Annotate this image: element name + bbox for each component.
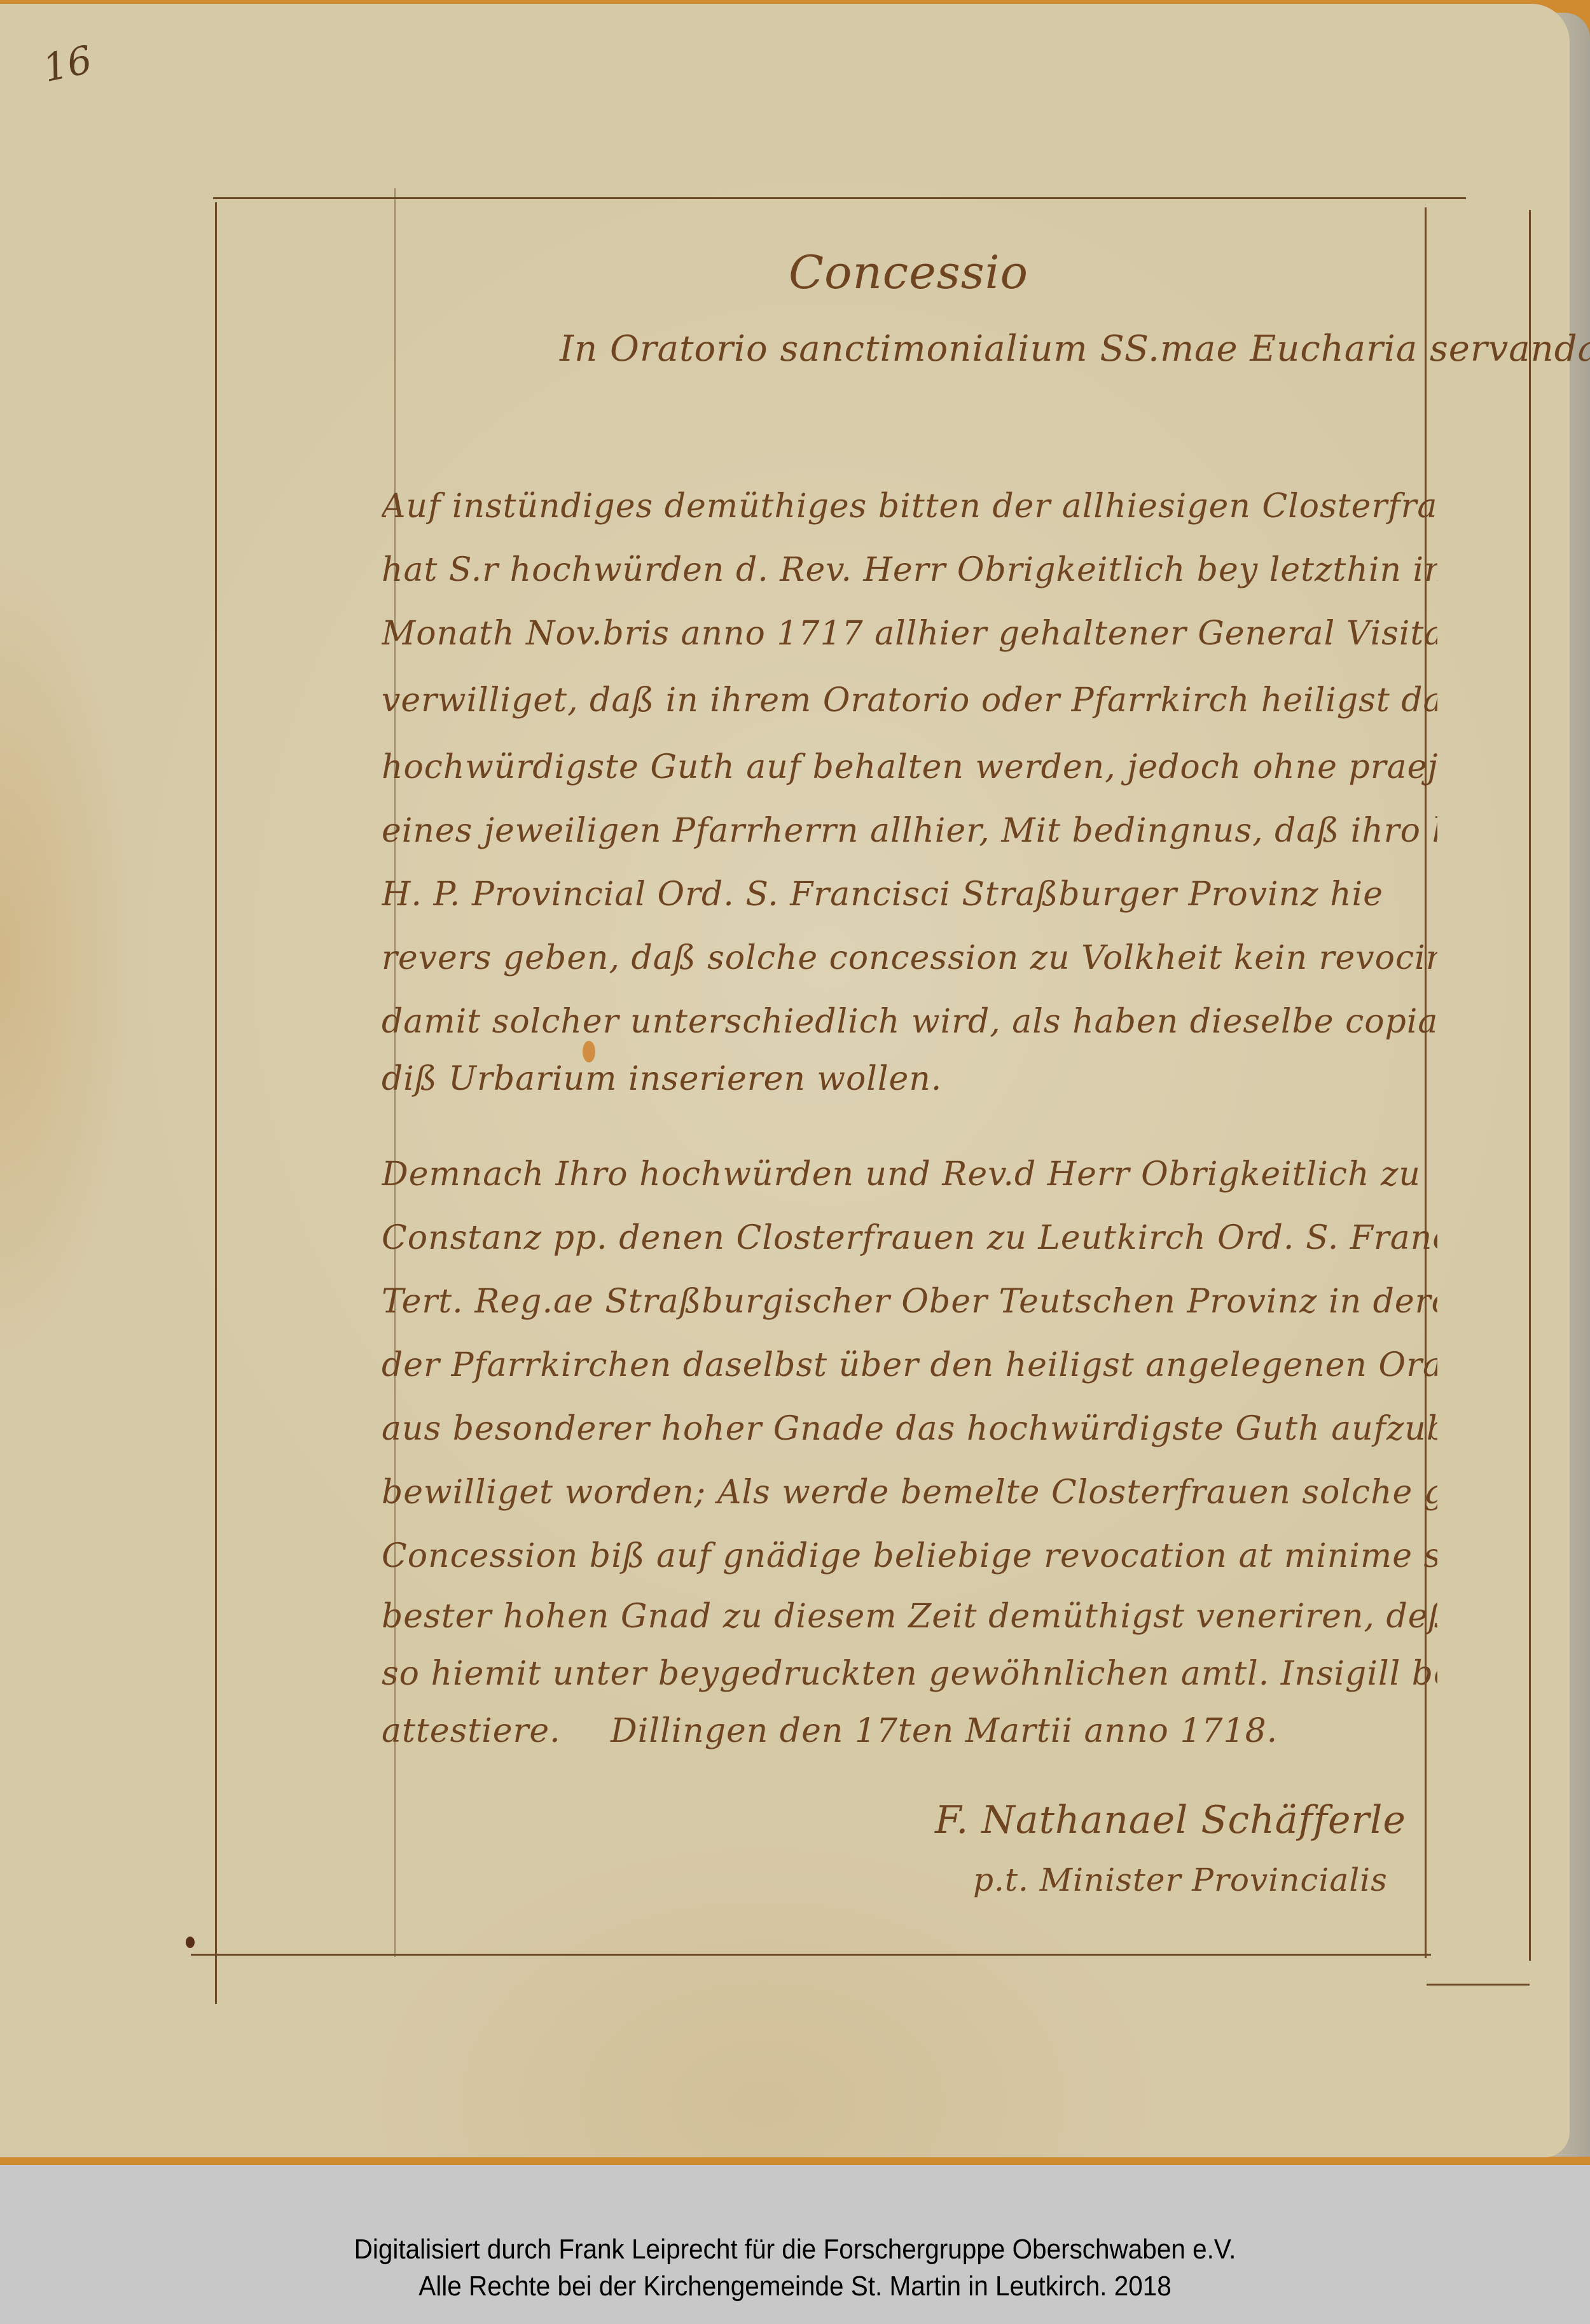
text-line: revers geben, daß solche concession zu V… — [382, 939, 1437, 977]
scanned-page-image: 16 Concessio In Oratorio sanctimonialium… — [0, 0, 1590, 2165]
manuscript-page: 16 Concessio In Oratorio sanctimonialium… — [0, 4, 1570, 2157]
text-line: eines jeweiligen Pfarrherrn allhier, Mit… — [382, 812, 1437, 850]
text-line: Demnach Ihro hochwürden und Rev.d Herr O… — [382, 1155, 1437, 1193]
text-line: so hiemit unter beygedruckten gewöhnlich… — [382, 1655, 1437, 1693]
frame-right-outer-rule — [1529, 210, 1531, 1961]
document-heading: Concessio — [789, 246, 1028, 299]
ink-blot — [186, 1937, 195, 1948]
text-line: H. P. Provincial Ord. S. Francisci Straß… — [382, 875, 1437, 914]
signature-title: p.t. Minister Provincialis — [973, 1861, 1388, 1898]
frame-bottom-right-rule — [1427, 1984, 1530, 1986]
frame-left-outer-rule — [215, 202, 217, 2004]
copyright-footer: Digitalisiert durch Frank Leiprecht für … — [0, 2165, 1590, 2324]
frame-top-rule — [213, 197, 1466, 199]
wax-stain — [583, 1041, 595, 1062]
text-line: Monath Nov.bris anno 1717 allhier gehalt… — [382, 615, 1437, 653]
footer-digitization-credit: Digitalisiert durch Frank Leiprecht für … — [64, 2231, 1526, 2268]
text-line: hat S.r hochwürden d. Rev. Herr Obrigkei… — [382, 551, 1437, 589]
frame-bottom-rule — [191, 1954, 1431, 1956]
text-line: der Pfarrkirchen daselbst über den heili… — [382, 1346, 1437, 1384]
text-line: Auf instündiges demüthiges bitten der al… — [382, 487, 1437, 525]
folio-number: 16 — [39, 38, 96, 91]
text-line: diß Urbarium inserieren wollen. — [382, 1060, 1437, 1098]
text-line: verwilliget, daß in ihrem Oratorio oder … — [382, 681, 1437, 720]
text-line: aus besonderer hoher Gnade das hochwürdi… — [382, 1410, 1437, 1448]
text-line: damit solcher unterschiedlich wird, als … — [382, 1003, 1437, 1041]
footer-rights-notice: Alle Rechte bei der Kirchengemeinde St. … — [64, 2268, 1526, 2305]
text-line: Tert. Reg.ae Straßburgischer Ober Teutsc… — [382, 1283, 1437, 1321]
text-line: Concession biß auf gnädige beliebige rev… — [382, 1537, 1437, 1575]
text-line: bester hohen Gnad zu diesem Zeit demüthi… — [382, 1597, 1437, 1636]
text-line: bewilliget worden; Als werde bemelte Clo… — [382, 1473, 1437, 1512]
closing-word: attestiere. — [382, 1712, 561, 1750]
text-line: hochwürdigste Guth auf behalten werden, … — [382, 748, 1437, 786]
signature-name: F. Nathanael Schäfferle — [935, 1798, 1406, 1842]
place-and-date: Dillingen den 17ten Martii anno 1718. — [611, 1712, 1278, 1750]
document-subheading: In Oratorio sanctimonialium SS.mae Eucha… — [560, 328, 1590, 370]
text-line: Constanz pp. denen Closterfrauen zu Leut… — [382, 1219, 1437, 1257]
